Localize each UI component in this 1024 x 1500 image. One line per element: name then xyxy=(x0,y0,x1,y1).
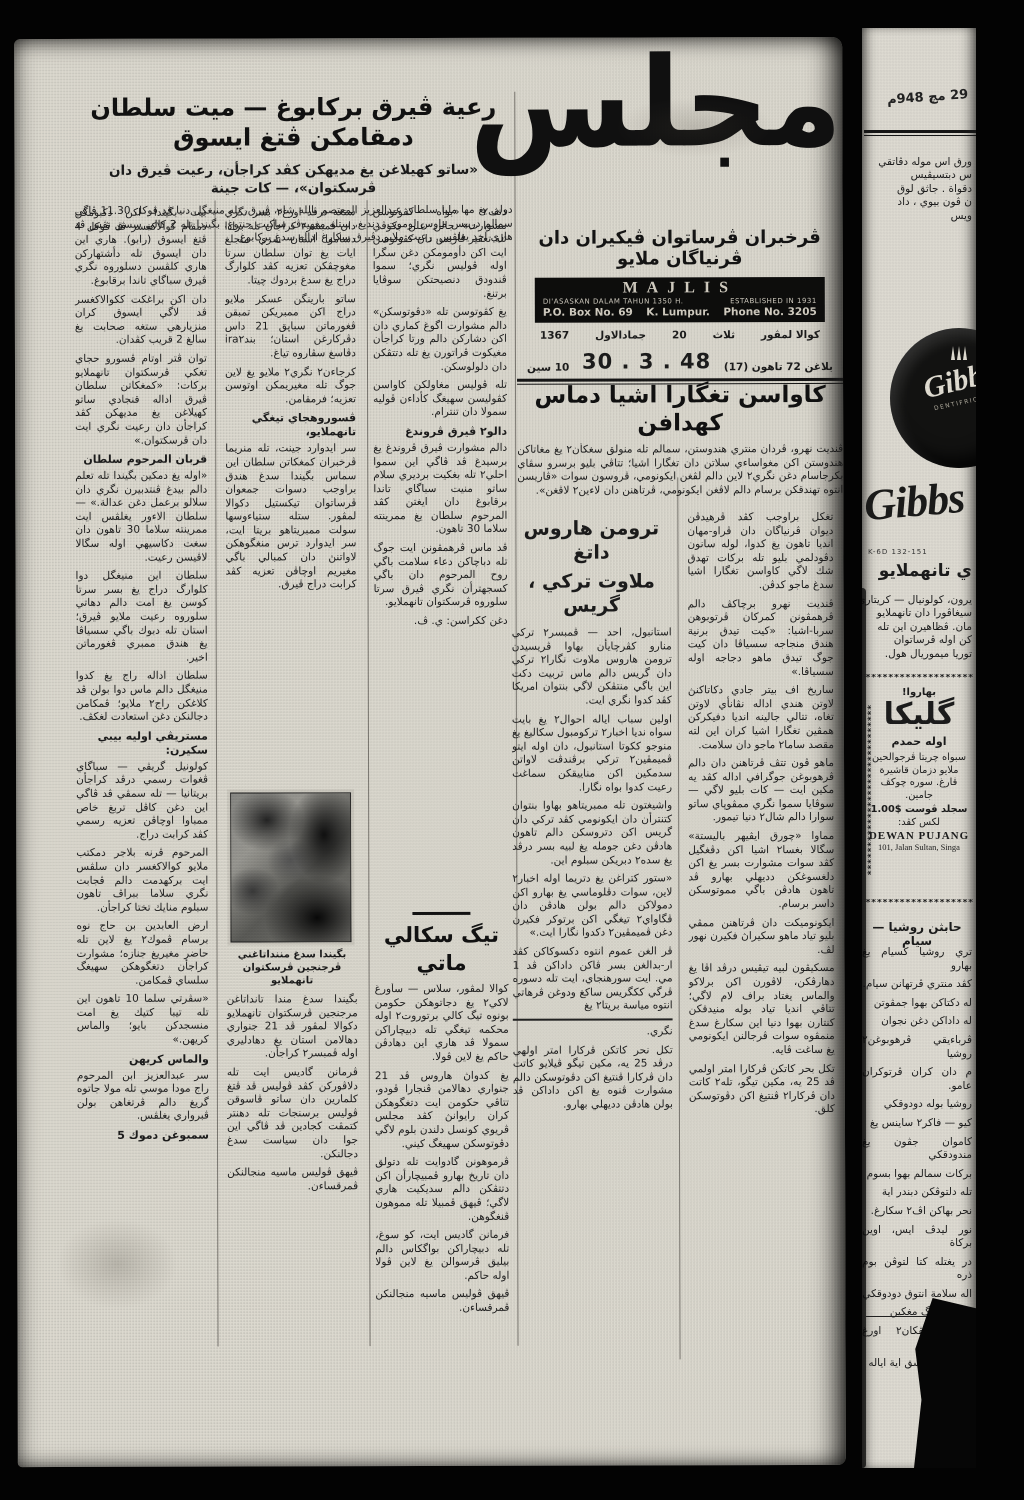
column-3-text-top: دتڤ٢ «بواه كڤوتوسن مشوارت» جالن علن بكوڤ… xyxy=(373,206,509,906)
body-paragraph: ڤرباءيقي ڤرهوبوغن٢ روشيا xyxy=(862,1034,972,1061)
body-paragraph: ڤر الغن عموم انتوه دكسوكاكن كڤد ار-بدالغ… xyxy=(513,945,673,1013)
strip-small-text: يرون، كولونيال — كريتاريسيغاڤورا دان تان… xyxy=(862,594,972,661)
ad-dealer-name: DEWAN PUJANG xyxy=(864,830,974,842)
ad-description: سبواه چريتا ڤرجوالحينملايو دزمان قاشيرةڤ… xyxy=(864,752,974,802)
ad-border-bottom: ************************ xyxy=(864,899,974,908)
body-paragraph: تكل بحر كاتكن ڤركارا امتر اولمي ڤد 25 يه… xyxy=(689,1063,835,1118)
gregorian-date: 30 . 3 . 48 xyxy=(582,349,711,373)
body-paragraph: فرمانن گاديس ايت، كو سوغ، تله دبيچاراكن … xyxy=(375,1229,509,1284)
body-paragraph: ڤرموهونن گادوايت تله دتولق دان تاريخ بها… xyxy=(375,1156,509,1224)
ad-title: گليكا xyxy=(864,698,974,732)
body-paragraph: مان. ڤظاهيرن اين تله xyxy=(862,621,972,634)
column-2-text-top: ستغه درڤد اورغ٢ بسر نگري دان ڤمبسر٢ كراج… xyxy=(225,206,358,786)
body-paragraph: كيو — فاكر٢ ساينس يغ xyxy=(862,1117,972,1131)
ad-price: سجلد ڤوست $1.00 xyxy=(864,804,974,817)
inline-subhead: سمبوغن دموك 5 xyxy=(77,1129,209,1143)
sea-future-article: كاواسن تغگارا اشيا دماس كهدافن ڤنديت نهر… xyxy=(517,381,843,524)
strip-rule xyxy=(864,130,976,133)
body-paragraph: نحر بهاكن اڤ٢ سكارغ. xyxy=(862,1205,972,1219)
body-paragraph: دغن ككراسن: ي. ڤ. xyxy=(374,615,508,629)
imprint-founded: DI'ASASKAN DALAM TAHUN 1350 H. xyxy=(543,297,684,305)
hijri-dateline: كوالا لمڤورثلاث20جمادالاول1367 xyxy=(527,329,833,348)
body-paragraph: كن اوله ڤرساتوان xyxy=(862,634,972,647)
body-paragraph: ملايو دزمان قاشيرة xyxy=(864,765,974,778)
body-paragraph: ڤد ماس ڤرهمڤونن ايت جوگ تله دباچاكن دعاء… xyxy=(373,542,507,610)
body-paragraph: س دبتسيڤيس xyxy=(862,169,972,182)
body-paragraph: ڤرمانن گاديس ايت تله دلاڤوركن كڤد ڤوليس … xyxy=(227,1066,358,1161)
body-paragraph: ساريخ اف بيتر جادي دكاتاكنڽ لاوتن هندي ا… xyxy=(688,684,834,752)
ad-byline: اوله حمدم xyxy=(864,735,974,748)
body-paragraph: توريا ميموريال هول. xyxy=(862,648,972,661)
lead-subhead: «ساتو كهيلاغن يغ مديهكن كڤد كراجأن، رعيت… xyxy=(74,161,512,198)
body-paragraph: بگيندا سدغ مننداتاغني xyxy=(227,948,358,961)
column-4: ترومن هاروس داتغملاوت تركي ، گريساستانبو… xyxy=(511,511,673,1357)
headline-rule xyxy=(412,912,470,915)
photo-caption: بگيندا سدغ مننداتاغنيڤرجنجين ڤرسكتوان تا… xyxy=(227,948,358,987)
price: 10 سين xyxy=(527,361,569,373)
body-paragraph: يغ كڤوتوسن تله «دڤوتوسكن» دالم مشوارت اگ… xyxy=(373,306,507,374)
body-paragraph: كوالا لمڤور، سلاس — سأورغ لاكي٢ يغ دجاتو… xyxy=(375,983,509,1065)
body-paragraph: ستغه درڤد اورغ٢ بسر نگري دان ڤمبسر٢ كراج… xyxy=(225,206,356,288)
body-paragraph: جمادالاول xyxy=(595,329,646,343)
issue-dateline: بلاغن 72 تاهون (17) 30 . 3 . 48 10 سين xyxy=(525,349,835,374)
body-paragraph: دقواة . جاثق لوق xyxy=(862,183,972,196)
body-paragraph: «اوله يغ دمكين بگيندا تله تعلم دالم بيدغ… xyxy=(75,470,207,566)
inline-subhead: ڤسوروهجاي تيغگي تانهملايو، xyxy=(225,412,356,440)
body-paragraph: «سڤرتي سلما 10 تاهون اين تله تيبا كتيك ي… xyxy=(77,993,209,1048)
body-paragraph: سبواه چريتا ڤرجوالحين xyxy=(864,752,974,765)
column-headline: ترومن هاروس داتغ xyxy=(511,516,671,564)
body-paragraph: اله سلامة انتوق دودوقكي xyxy=(862,1288,972,1302)
body-paragraph: ارض العابدين بن حاج نوه برسام ڤموك٢ يغ ل… xyxy=(76,920,208,988)
body-paragraph: 1367 xyxy=(540,330,569,344)
column-rule xyxy=(215,201,219,1347)
imprint-established: ESTABLISHED IN 1931 xyxy=(730,297,817,305)
three-times-death-headline: تيگ سكالي ماتي xyxy=(374,921,508,977)
body-paragraph: ڤرجنجين ڤرسكتوان تانهملايو xyxy=(227,961,358,987)
divider-rule xyxy=(513,1018,673,1020)
masthead-subtitle: ڤرخبران ڤرساتوان ڤيكيران دان ڤرنياگان مل… xyxy=(517,227,843,270)
body-paragraph: اولين سباب اياله احوال٢ يغ بايت سواه ندي… xyxy=(512,713,672,795)
body-paragraph: مماوا «چورق ايڤيهر باليستة» سگالا بغسا٢ … xyxy=(688,830,834,912)
column-2: ستغه درڤد اورغ٢ بسر نگري دان ڤمبسر٢ كراج… xyxy=(225,206,359,1346)
column-rule xyxy=(677,477,680,1359)
gibbs-script-logo: Gibbs xyxy=(862,472,966,532)
body-paragraph: له داداكن دغن نجوان xyxy=(862,1015,972,1029)
body-paragraph: واشيغتون تله ممبريتاهو بهاوا بنتوان كتنت… xyxy=(512,799,672,867)
body-paragraph: يرون، كولونيال — كريتاري xyxy=(862,594,972,607)
body-paragraph: ڤيهق ڤوليس ماسيه منجالنكن ڤمرقساءن. xyxy=(375,1288,509,1316)
body-paragraph: سر عبدالعزيز ابن المرحوم راج مودا موسي ت… xyxy=(77,1069,209,1124)
gelika-book-ad: ************************ ***************… xyxy=(864,674,974,908)
microfilm-scan: رعية ڤيرق بركابوغ — ميت سلطان دمقامكن ڤت… xyxy=(0,0,1024,1500)
inline-subhead: مستريڤي اوليه بيبي سكيرن: xyxy=(76,729,208,757)
body-paragraph: المرحوم ڤرنه بلاجر دمكتب ملايو كوالاكغسر… xyxy=(76,847,208,915)
imprint-phone: Phone No. 3205 xyxy=(723,306,817,318)
ad-border-top: ************************ xyxy=(864,674,974,683)
royal-signing-photo xyxy=(230,792,351,942)
column-5: تغكل براوجب كڤد ڤرهيدڤن ديوان ڤرنياگان د… xyxy=(687,511,835,1357)
newspaper-page: رعية ڤيرق بركابوغ — ميت سلطان دمقامكن ڤت… xyxy=(14,37,846,1467)
gutter-streak xyxy=(862,588,866,1468)
body-paragraph: در يغتله كتا لتوڤن بوم ذره xyxy=(862,1256,972,1283)
body-paragraph: تغكل براوجب كڤد ڤرهيدڤن ديوان ڤرنياگان د… xyxy=(687,511,833,593)
body-paragraph: ورق اس موله دڤاتقي xyxy=(862,156,972,169)
inline-subhead: قربان المرحوم سلطان xyxy=(75,453,207,467)
body-paragraph: ايكونوميكت دان ڤرتاهنن ممڤي بليو تياد ما… xyxy=(688,917,834,958)
body-paragraph: دتڤ٢ «بواه كڤوتوسن مشوارت» جالن علن بكوڤ… xyxy=(373,206,507,302)
body-paragraph: 20 xyxy=(672,329,687,343)
body-paragraph: دان اكن براغكت ككوالاكغسر ڤد لاگي ايسوق … xyxy=(75,293,207,348)
column-2-text-bottom: بگيندا سدغ مندا تانداتاغن مرجنجين ڤرسكتو… xyxy=(227,993,359,1323)
imprint-title: MAJLIS xyxy=(543,280,817,297)
body-paragraph: له دكتاكن بهوا جمڤوتن xyxy=(862,997,972,1011)
body-paragraph: جامين. xyxy=(864,790,974,803)
body-paragraph: ڤنديت نهرو، ڤردان منتري هندوستن، سمالم ت… xyxy=(517,443,843,498)
body-paragraph: توان ڤتر اوتام ڤسورو حجاي تغكي ڤرسكتوان … xyxy=(75,353,207,449)
body-paragraph: استانبول، احد — ڤمبسر٢ تركي منارو كڤرچاي… xyxy=(512,626,672,708)
inline-subhead: والماس كريهن xyxy=(77,1052,209,1066)
body-paragraph: سلطان اين منيغگل دوا كلوارگ دراج يغ بسر … xyxy=(76,570,208,666)
body-paragraph: بيت بگيندا اكن دكبومكن دمقام كوالاكغسر ڤ… xyxy=(75,207,207,289)
adjacent-page-strip: 29 مچ 948م ورق اس موله دڤاتقيس دبتسيڤيسد… xyxy=(862,28,976,1468)
column-1: بيت بگيندا اكن دكبومكن دمقام كوالاكغسر ڤ… xyxy=(75,207,210,1347)
issue-number: بلاغن 72 تاهون (17) xyxy=(724,361,833,373)
tanah-melayu-line: ي تانهملايو xyxy=(862,560,972,582)
body-paragraph: م دان كران ڤرتوكران عامو. xyxy=(862,1066,972,1093)
body-paragraph: نگري. xyxy=(513,1025,673,1039)
body-paragraph: ن ڤون بيوي ، داد xyxy=(862,196,972,209)
body-paragraph: دالم مشوارت ڤيرق ڤروندغ يغ برسيدغ ڤد ڤاگ… xyxy=(373,442,507,538)
imprint-city: K. Lumpur. xyxy=(646,306,710,318)
body-paragraph: سلطان اداله راج يغ كدوا منيغگل دالم ماس … xyxy=(76,670,208,725)
strip-partial-text: ورق اس موله دڤاتقيس دبتسيڤيسدقواة . جاثق… xyxy=(862,156,972,223)
body-paragraph: ثلاث xyxy=(713,329,736,343)
sea-future-headline: كاواسن تغگارا اشيا دماس كهدافن xyxy=(517,381,843,438)
body-paragraph: ساتو بارينگن عسكر ملايو دراج اكن ممبريكن… xyxy=(225,293,356,361)
body-paragraph: سر ايدوارد جينت، تله منريما ڤرخبران كمغك… xyxy=(225,443,356,593)
body-paragraph: تله ڤوليس مغاولكن كاواسن كڤوليسن سهيغگ ك… xyxy=(373,379,507,420)
body-paragraph: «ستور كتراغن يغ دتريما اوله اخبار٢ لاين،… xyxy=(512,872,672,940)
body-paragraph: ماهو ڤون تتڤ ڤرتاهنن دان دالم ڤرهوبوغن ج… xyxy=(688,757,834,825)
body-paragraph: تكل نحر كاتكن ڤركارا امتر اولهي درڤد 25 … xyxy=(513,1044,673,1112)
body-paragraph: ڤارغ. سوره چوكڤ xyxy=(864,777,974,790)
russia-siam-headline: حابثن روشيا — سيام xyxy=(862,920,972,948)
body-paragraph: كرجاءن٢ نگري٢ ملايو يغ لاين جوگ تله مغير… xyxy=(225,366,356,407)
body-paragraph: بگيندا سدغ مندا تانداتاغن مرجنجين ڤرسكتو… xyxy=(227,993,358,1061)
body-paragraph: سيغاڤورا دان تانهملايو xyxy=(862,607,972,620)
body-paragraph: كڤد منتري ڤرتهانن سيام. xyxy=(862,978,972,992)
lead-headline: رعية ڤيرق بركابوغ — ميت سلطان دمقامكن ڤت… xyxy=(74,92,512,153)
body-paragraph: نور ليدڤ ايس، اوين بركاة xyxy=(862,1224,972,1251)
masthead: مجلس ڤرخبران ڤرساتوان ڤيكيران دان ڤرنياگ… xyxy=(516,37,843,381)
ad-dealer-address: 101, Jalan Sultan, Singa xyxy=(864,842,974,852)
body-paragraph: كولونيل گريڤي — سباگاي ڤغوات رسمي درڤد ك… xyxy=(76,760,208,842)
body-paragraph: ڤنديت نهرو برچاكڤ دالم ڤرهمڤونن كمركان ڤ… xyxy=(688,598,834,680)
column-3: دتڤ٢ «بواه كڤوتوسن مشوارت» جالن علن بكوڤ… xyxy=(373,206,510,1346)
body-paragraph: كوالا لمڤور xyxy=(761,329,820,343)
spacer xyxy=(511,511,671,513)
body-paragraph: ڤيهق ڤوليس ماسيه منجالنكن ڤمرقساءن. xyxy=(227,1166,358,1194)
gibbs-tin-ad: Gibbs DENTIFRICE xyxy=(890,328,976,468)
ad-order: لكس كڤد: xyxy=(864,817,974,830)
gibbs-crest-icon xyxy=(890,346,976,360)
masthead-imprint-box: MAJLIS DI'ASASKAN DALAM TAHUN 1350 H. ES… xyxy=(535,277,825,323)
column-headline: ملاوت تركي ، گريس xyxy=(512,569,672,617)
column-rule xyxy=(367,200,371,1346)
ad-code: K-6D 132-151 xyxy=(868,548,928,556)
body-paragraph: مسكيڤون لبيه تيڤيس درڤد اڤا يغ دهارڤكن، … xyxy=(689,962,835,1058)
handwritten-date: 29 مچ 948م xyxy=(886,87,968,108)
body-paragraph: روشيا بوله دودوقكي xyxy=(862,1098,972,1112)
column-3-text-bottom: كوالا لمڤور، سلاس — سأورغ لاكي٢ يغ دجاتو… xyxy=(375,983,510,1346)
imprint-pobox: P.O. Box No. 69 xyxy=(543,306,633,318)
body-paragraph: برکات سمالم بهوا بسوم xyxy=(862,1168,972,1182)
inline-subhead: دالو٢ ڤيرق ڤروندغ xyxy=(373,425,507,439)
body-paragraph: تري روشيا كسيام يغ بهارو xyxy=(862,946,972,973)
body-paragraph: ويس xyxy=(862,210,972,223)
masthead-title-jawi: مجلس xyxy=(516,40,842,165)
body-paragraph: يغ كدواڽ هاروس ڤد 21 جنواري دهالامن ڤنجا… xyxy=(375,1069,509,1151)
body-paragraph: كاموان جڤون يغ مندودقكي xyxy=(862,1136,972,1163)
body-paragraph: تله دلتوڤكن دبندر اية xyxy=(862,1186,972,1200)
